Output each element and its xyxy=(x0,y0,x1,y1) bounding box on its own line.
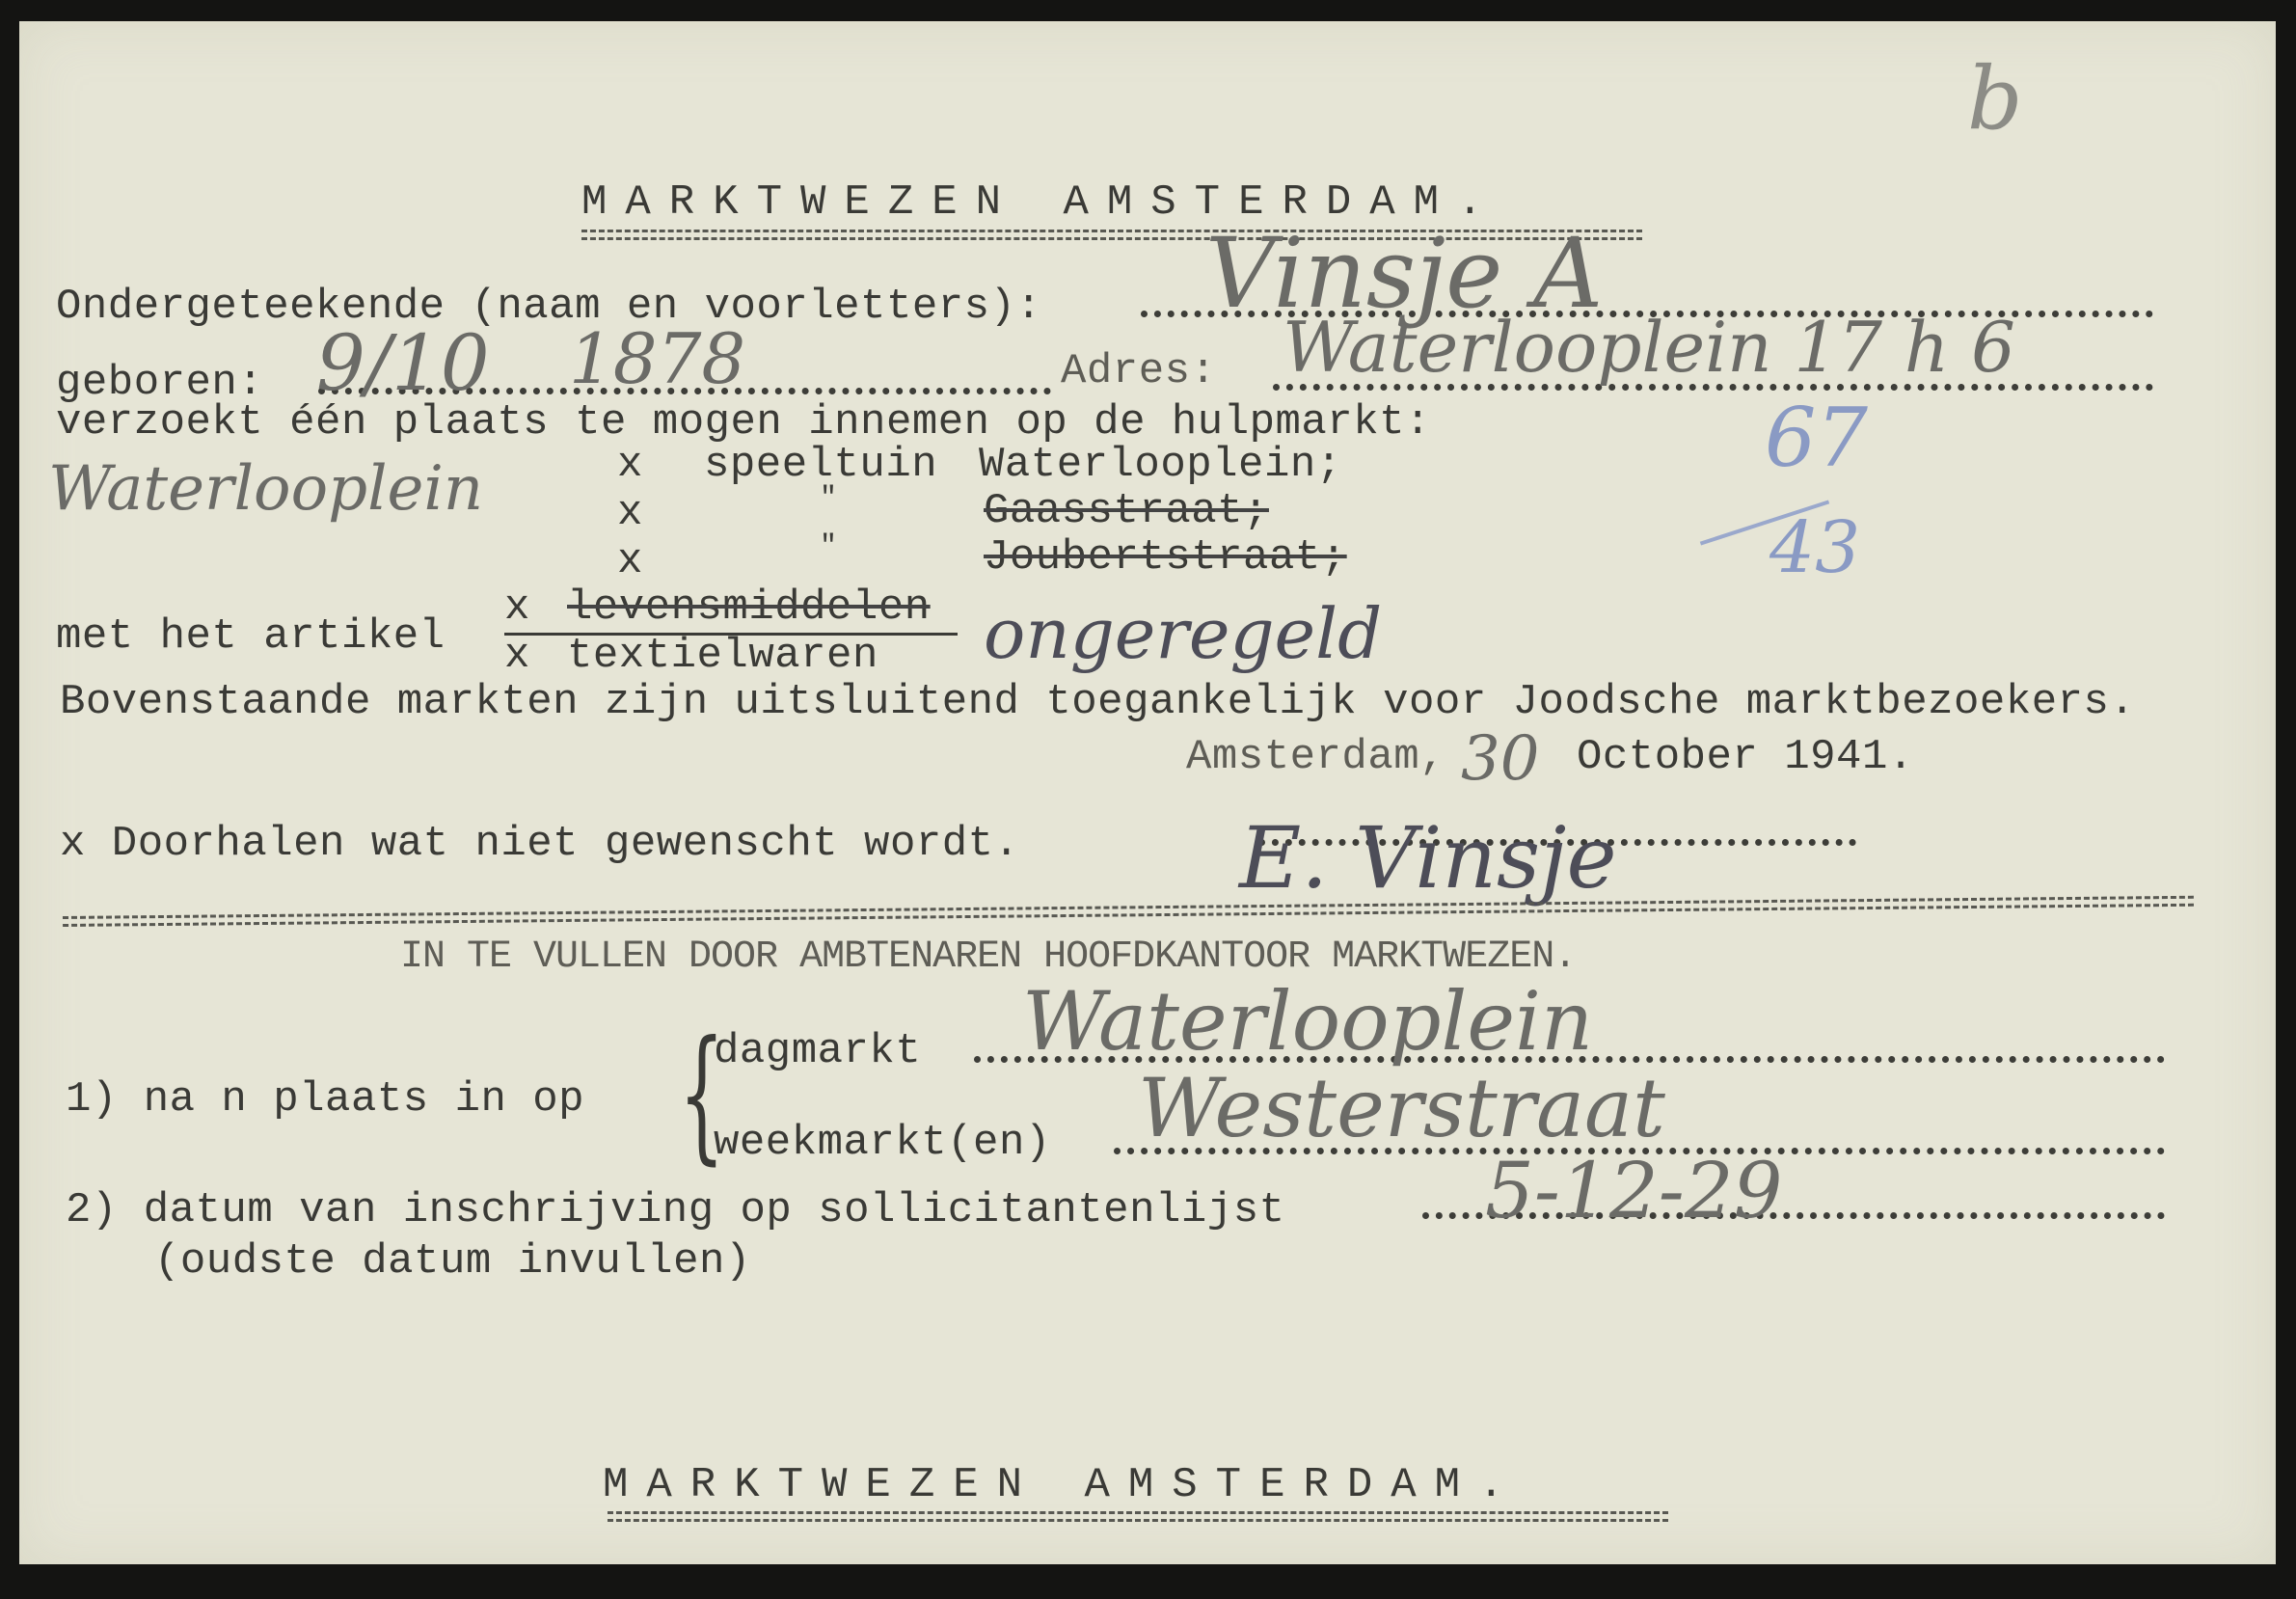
corner-mark: b xyxy=(1967,48,2023,149)
address-label: Adres: xyxy=(1061,347,1216,395)
footer-double-underline xyxy=(608,1511,1668,1514)
article-marker-2[interactable]: x xyxy=(504,632,530,680)
article-option-textielwaren: textielwaren xyxy=(567,632,878,680)
office-item2-sub: (oudste datum invullen) xyxy=(154,1237,751,1286)
footer-title: MARKTWEZEN AMSTERDAM. xyxy=(603,1461,1523,1509)
office-item1-label: 1) na n plaats in op xyxy=(66,1075,584,1124)
applicant-label: Ondergeteekende (naam en voorletters): xyxy=(56,283,1041,331)
market-option-joubertstraat: Joubertstraat; xyxy=(984,533,1347,582)
margin-note: Waterlooplein xyxy=(48,453,483,525)
notice-text: Bovenstaande markten zijn uitsluitend to… xyxy=(60,678,2135,726)
blue-note-bottom: 43 xyxy=(1769,506,1860,589)
article-option-levensmiddelen: levensmiddelen xyxy=(567,583,931,632)
dagmarkt-label: dagmarkt xyxy=(714,1027,921,1075)
weekmarkt-field[interactable]: Westerstraat xyxy=(1138,1061,1665,1155)
market-marker-1[interactable]: x xyxy=(617,441,643,489)
date-day-field[interactable]: 30 xyxy=(1461,723,1539,795)
item2-date-field[interactable]: 5-12-29 xyxy=(1485,1146,1783,1235)
request-line: verzoekt één plaats te mogen innemen op … xyxy=(56,398,1431,447)
article-handwritten-note: ongeregeld xyxy=(984,593,1382,674)
market-prefix-3: " xyxy=(820,530,838,563)
market-option-gaasstraat: Gaasstraat; xyxy=(984,487,1269,535)
dagmarkt-field[interactable]: Waterlooplein xyxy=(1022,974,1593,1069)
office-item2-label: 2) datum van inschrijving op sollicitant… xyxy=(66,1186,1285,1234)
market-marker-2[interactable]: x xyxy=(617,489,643,537)
born-year-field[interactable]: 1878 xyxy=(569,318,745,399)
footnote: x Doorhalen wat niet gewenscht wordt. xyxy=(60,820,1019,868)
address-field[interactable]: Waterlooplein 17 h 6 xyxy=(1283,307,2015,388)
blue-note-top: 67 xyxy=(1765,391,1868,485)
market-option-waterlooplein: Waterlooplein; xyxy=(979,441,1342,489)
date-month-year: October 1941. xyxy=(1577,733,1914,781)
weekmarkt-label: weekmarkt(en) xyxy=(714,1119,1051,1167)
market-prefix-2: " xyxy=(820,482,838,515)
office-header: IN TE VULLEN DOOR AMBTENAREN HOOFDKANTOO… xyxy=(400,935,1576,979)
article-marker-1[interactable]: x xyxy=(504,583,530,632)
place-city: Amsterdam, xyxy=(1186,733,1445,781)
signature[interactable]: E. Vinsje xyxy=(1239,808,1617,908)
market-marker-3[interactable]: x xyxy=(617,537,643,585)
article-label: met het artikel xyxy=(56,612,446,661)
born-day-month-field[interactable]: 9/10 xyxy=(316,318,490,408)
document-card xyxy=(19,21,2276,1564)
